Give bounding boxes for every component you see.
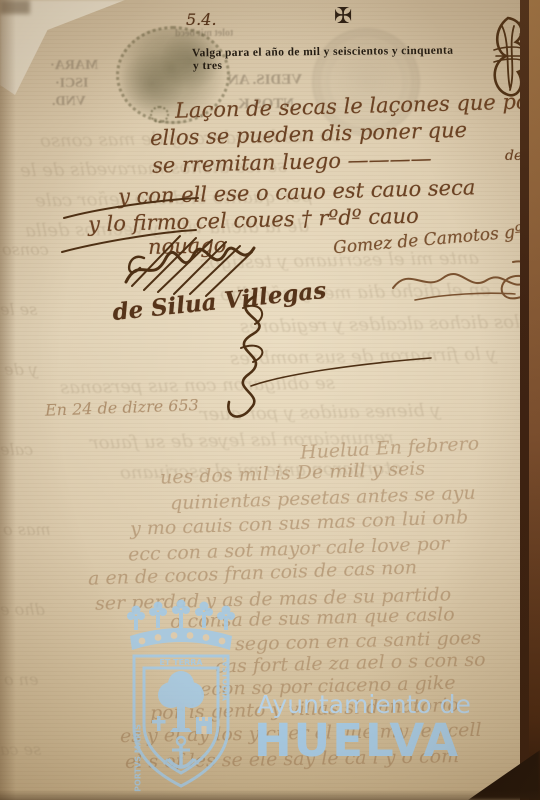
motto-top: ET TERRA (159, 658, 203, 667)
watermark-city-text: HUELVA (254, 714, 460, 767)
anchor-icon (164, 737, 198, 768)
date-line: En 24 de dizre 653 (45, 395, 199, 419)
signature-descending-rubric (195, 290, 445, 430)
tax-stamp-line2: y tres (193, 60, 222, 72)
left-page-edge-shadow (0, 0, 16, 800)
book-gutter-line (520, 0, 529, 800)
bleedthrough-print-left: VND. (52, 94, 86, 110)
bleedthrough-print-left: ISCI· (55, 76, 89, 92)
shield-charges (152, 671, 212, 734)
folio-number-mark: 5.4. (186, 10, 217, 29)
manuscript-line: se rremitan luego ———— (152, 146, 432, 177)
bottom-page-edge-shadow (0, 790, 540, 800)
bleedthrough-print-left: MARA· (50, 58, 98, 74)
motto-right: CVSTODIA (221, 655, 230, 702)
huelva-coat-of-arms-watermark: ET TERRA PORTVS MARIS CVSTODIA (124, 598, 238, 796)
adjacent-page-edge (529, 0, 540, 800)
cross-icon: ✠ (334, 4, 352, 29)
manuscript-page-scan: con sus herederos y de mas conso se los … (0, 0, 540, 800)
royal-arms-stamp-tail (150, 106, 169, 123)
bleedthrough-print-center: VEDIS. AN (228, 72, 302, 90)
manuscript-line: ellos se pueden dis poner que (150, 118, 468, 150)
motto-left: PORTVS MARIS (134, 724, 143, 792)
